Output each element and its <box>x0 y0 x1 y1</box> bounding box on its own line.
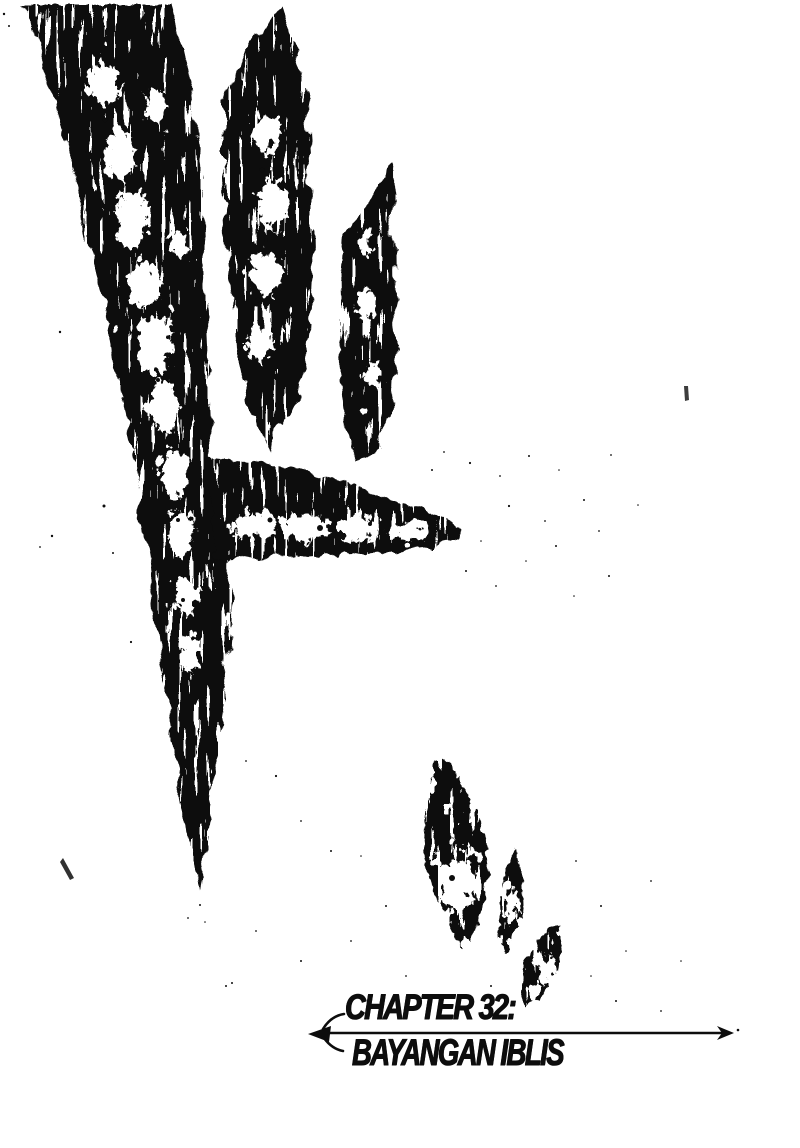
ink-shard-large <box>421 748 487 950</box>
manga-page: CHAPTER 32: BAYANGAN IBLIS <box>0 0 800 1148</box>
ink-stroke-vertical <box>221 2 310 448</box>
chapter-name: BAYANGAN IBLIS <box>352 1034 563 1073</box>
ink-dash-left <box>60 858 74 880</box>
ink-dash-right <box>684 386 689 401</box>
ink-artwork <box>0 0 800 1148</box>
ink-strokes <box>22 0 458 886</box>
chapter-number: CHAPTER 32: <box>345 990 515 1027</box>
ink-stroke-horizontal-wedge <box>206 452 458 558</box>
